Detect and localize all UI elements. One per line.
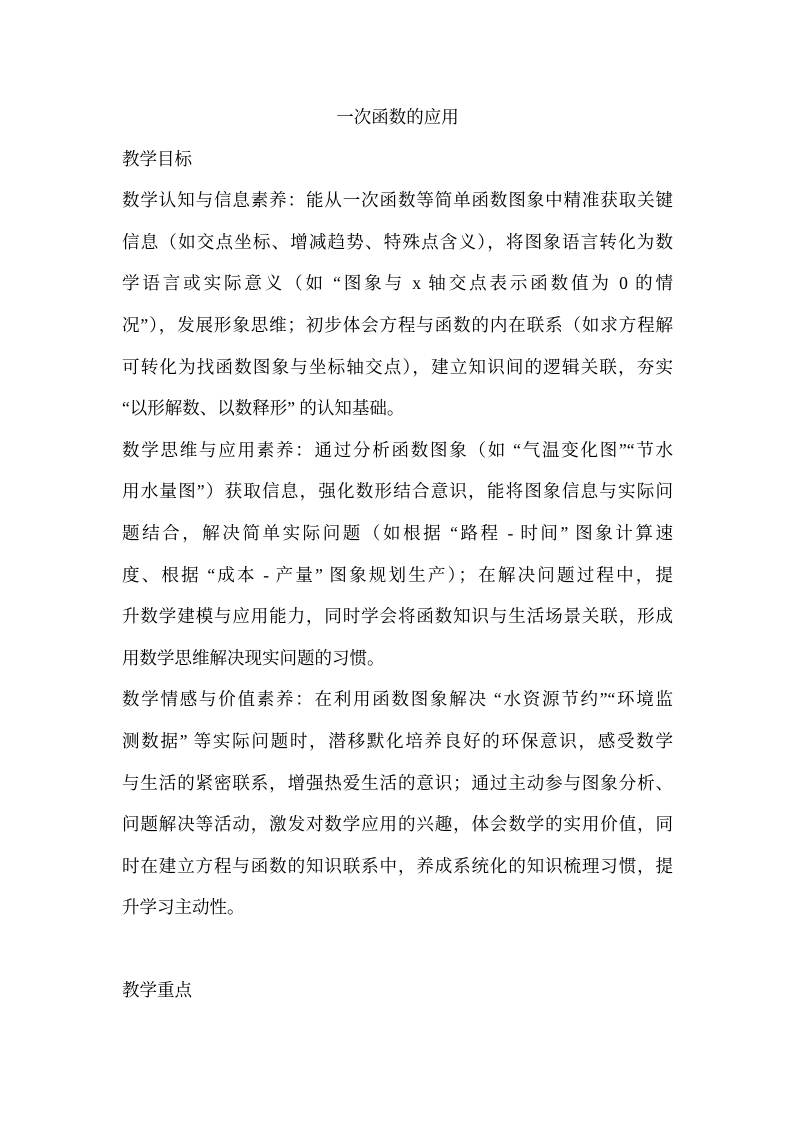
paragraph-1-line-4: 况”），发展形象思维；初步体会方程与函数的内在联系（如求方程解 — [122, 305, 673, 347]
paragraph-3-line-3: 与生活的紧密联系，增强热爱生活的意识；通过主动参与图象分析、 — [122, 763, 673, 805]
blank-line — [122, 929, 673, 971]
paragraph-3-line-2: 测数据” 等实际问题时，潜移默化培养良好的环保意识，感受数学 — [122, 721, 673, 763]
document-page: 一次函数的应用 教学目标 数学认知与信息素养：能从一次函数等简单函数图象中精准获… — [0, 0, 794, 1123]
paragraph-2-line-4: 度、根据 “成本 - 产量” 图象规划生产）；在解决问题过程中，提 — [122, 555, 673, 597]
paragraph-3-line-1: 数学情感与价值素养：在利用函数图象解决 “水资源节约”“环境监 — [122, 679, 673, 721]
paragraph-3-line-5: 时在建立方程与函数的知识联系中，养成系统化的知识梳理习惯，提 — [122, 846, 673, 888]
paragraph-1-line-2: 信息（如交点坐标、增减趋势、特殊点含义），将图象语言转化为数 — [122, 222, 673, 264]
paragraph-2-line-5: 升数学建模与应用能力，同时学会将函数知识与生活场景关联，形成 — [122, 596, 673, 638]
paragraph-2-line-2: 用水量图”）获取信息，强化数形结合意识，能将图象信息与实际问 — [122, 471, 673, 513]
paragraph-1-line-5: 可转化为找函数图象与坐标轴交点），建立知识间的逻辑关联，夯实 — [122, 347, 673, 389]
paragraph-3-line-4: 问题解决等活动，激发对数学应用的兴趣，体会数学的实用价值，同 — [122, 804, 673, 846]
section-heading-objectives: 教学目标 — [122, 139, 673, 181]
paragraph-1-line-1: 数学认知与信息素养：能从一次函数等简单函数图象中精准获取关键 — [122, 180, 673, 222]
paragraph-2-line-3: 题结合，解决简单实际问题（如根据 “路程 - 时间” 图象计算速 — [122, 513, 673, 555]
paragraph-3-line-6: 升学习主动性。 — [122, 887, 673, 929]
section-heading-focus: 教学重点 — [122, 970, 673, 1012]
paragraph-1-line-3: 学语言或实际意义（如 “图象与 x 轴交点表示函数值为 0 的情 — [122, 263, 673, 305]
paragraph-1-line-6: “以形解数、以数释形” 的认知基础。 — [122, 388, 673, 430]
document-content: 一次函数的应用 教学目标 数学认知与信息素养：能从一次函数等简单函数图象中精准获… — [122, 97, 673, 1012]
paragraph-2-line-1: 数学思维与应用素养：通过分析函数图象（如 “气温变化图”“节水 — [122, 430, 673, 472]
document-title: 一次函数的应用 — [122, 97, 673, 139]
paragraph-2-line-6: 用数学思维解决现实问题的习惯。 — [122, 638, 673, 680]
